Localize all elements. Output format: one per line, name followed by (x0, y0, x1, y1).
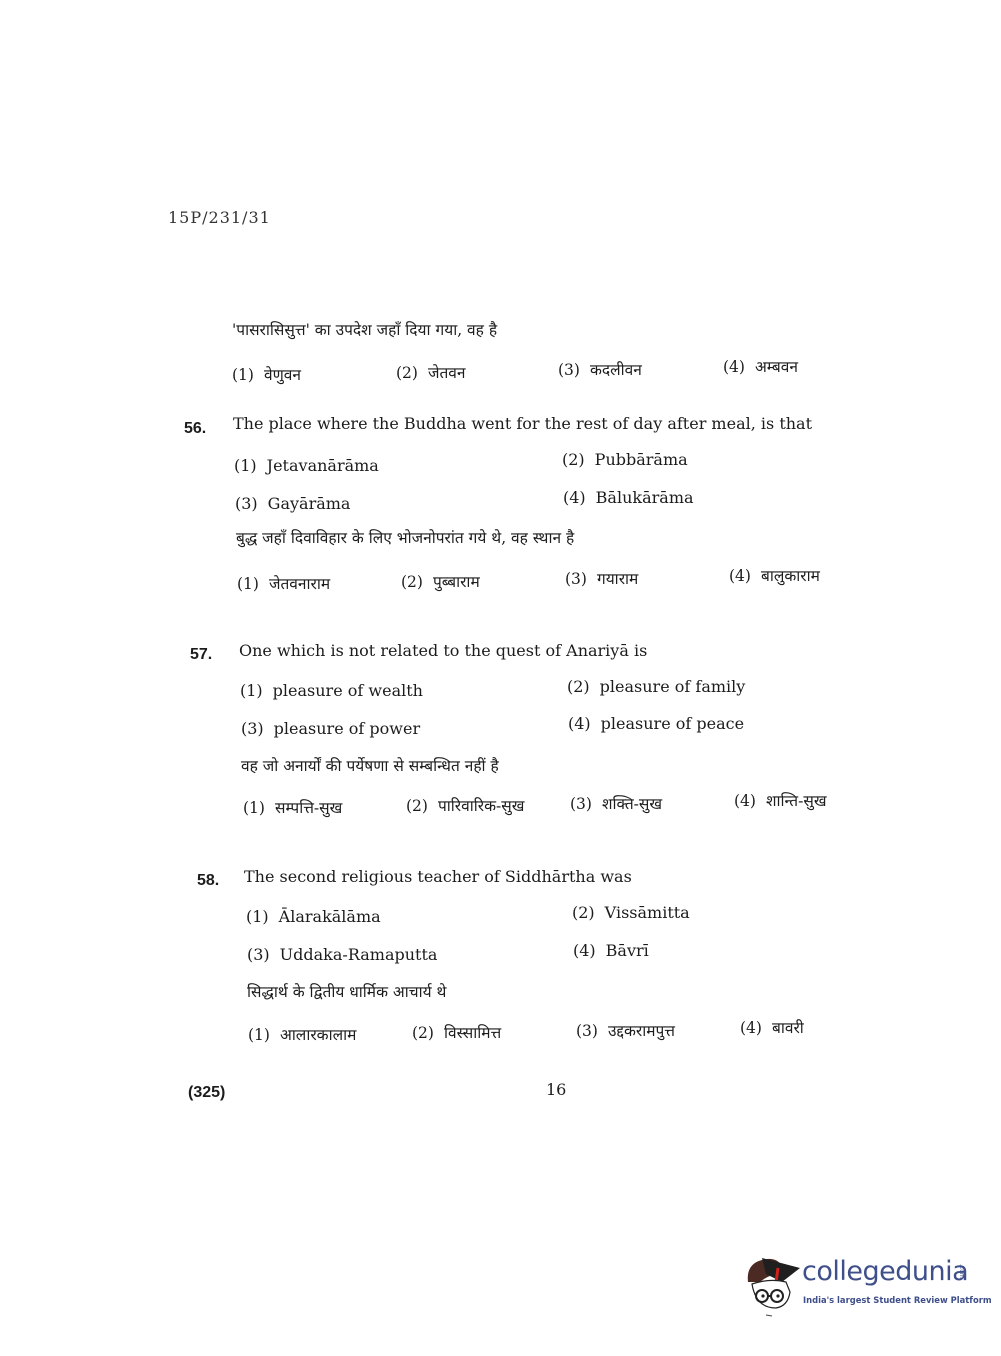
footer-code: (325) (188, 1084, 225, 1102)
q56-hindi-option-3: (3)गयाराम (565, 567, 638, 589)
q56-hindi-question: बुद्ध जहाँ दिवाविहार के लिए भोजनोपरांत ग… (236, 526, 574, 548)
q57-option-2: (2)pleasure of family (567, 677, 745, 696)
q56-number: 56. (184, 420, 206, 438)
q55-hindi-option-1: (1)वेणुवन (232, 363, 301, 385)
q58-option-4: (4)Bāvrī (573, 941, 649, 960)
collegedunia-logo: collegedunia .com India's largest Studen… (742, 1252, 972, 1318)
q55-hindi-option-4: (4)अम्बवन (723, 355, 798, 377)
page-number: 16 (546, 1080, 566, 1099)
q58-number: 58. (197, 872, 219, 890)
paper-code: 15P/231/31 (168, 208, 271, 227)
logo-domain: .com (958, 1264, 965, 1279)
q56-option-4: (4)Bālukārāma (563, 488, 694, 507)
q57-hindi-question: वह जो अनार्यों की पर्येषणा से सम्बन्धित … (241, 754, 499, 776)
q57-option-3: (3)pleasure of power (241, 719, 420, 738)
q56-option-1: (1)Jetavanārāma (234, 456, 379, 475)
q58-option-2: (2)Vissāmitta (572, 903, 690, 922)
q57-option-4: (4)pleasure of peace (568, 714, 744, 733)
q58-hindi-option-2: (2)विस्सामित्त (412, 1021, 501, 1043)
mascot-icon (742, 1252, 804, 1318)
q57-hindi-option-2: (2)पारिवारिक-सुख (406, 794, 524, 816)
q56-hindi-option-4: (4)बालुकाराम (729, 564, 820, 586)
q56-english-question: The place where the Buddha went for the … (233, 414, 812, 433)
logo-tagline: India's largest Student Review Platform (803, 1295, 992, 1305)
q58-option-1: (1)Ālarakālāma (246, 907, 381, 926)
q57-hindi-option-1: (1)सम्पत्ति-सुख (243, 796, 342, 818)
q55-hindi-option-3: (3)कदलीवन (558, 358, 642, 380)
q58-hindi-option-4: (4)बावरी (740, 1016, 804, 1038)
q58-english-question: The second religious teacher of Siddhārt… (244, 867, 632, 886)
q57-number: 57. (190, 646, 212, 664)
logo-brand: collegedunia (802, 1256, 968, 1287)
q58-option-3: (3)Uddaka-Ramaputta (247, 945, 437, 964)
q56-hindi-option-1: (1)जेतवनाराम (237, 572, 330, 594)
q56-option-2: (2)Pubbārāma (562, 450, 688, 469)
q57-hindi-option-3: (3)शक्ति-सुख (570, 792, 662, 814)
q55-hindi-option-2: (2)जेतवन (396, 361, 466, 383)
q58-hindi-option-1: (1)आलारकालाम (248, 1023, 356, 1045)
q55-hindi-question: 'पासरासिसुत्त' का उपदेश जहाँ दिया गया, व… (232, 318, 497, 340)
q57-hindi-option-4: (4)शान्ति-सुख (734, 789, 827, 811)
q58-hindi-option-3: (3)उद्दकरामपुत्त (576, 1019, 675, 1041)
q56-option-3: (3)Gayārāma (235, 494, 350, 513)
q58-hindi-question: सिद्धार्थ के द्वितीय धार्मिक आचार्य थे (247, 980, 446, 1002)
q56-hindi-option-2: (2)पुब्बाराम (401, 570, 480, 592)
q57-option-1: (1)pleasure of wealth (240, 681, 423, 700)
q57-english-question: One which is not related to the quest of… (239, 641, 647, 660)
